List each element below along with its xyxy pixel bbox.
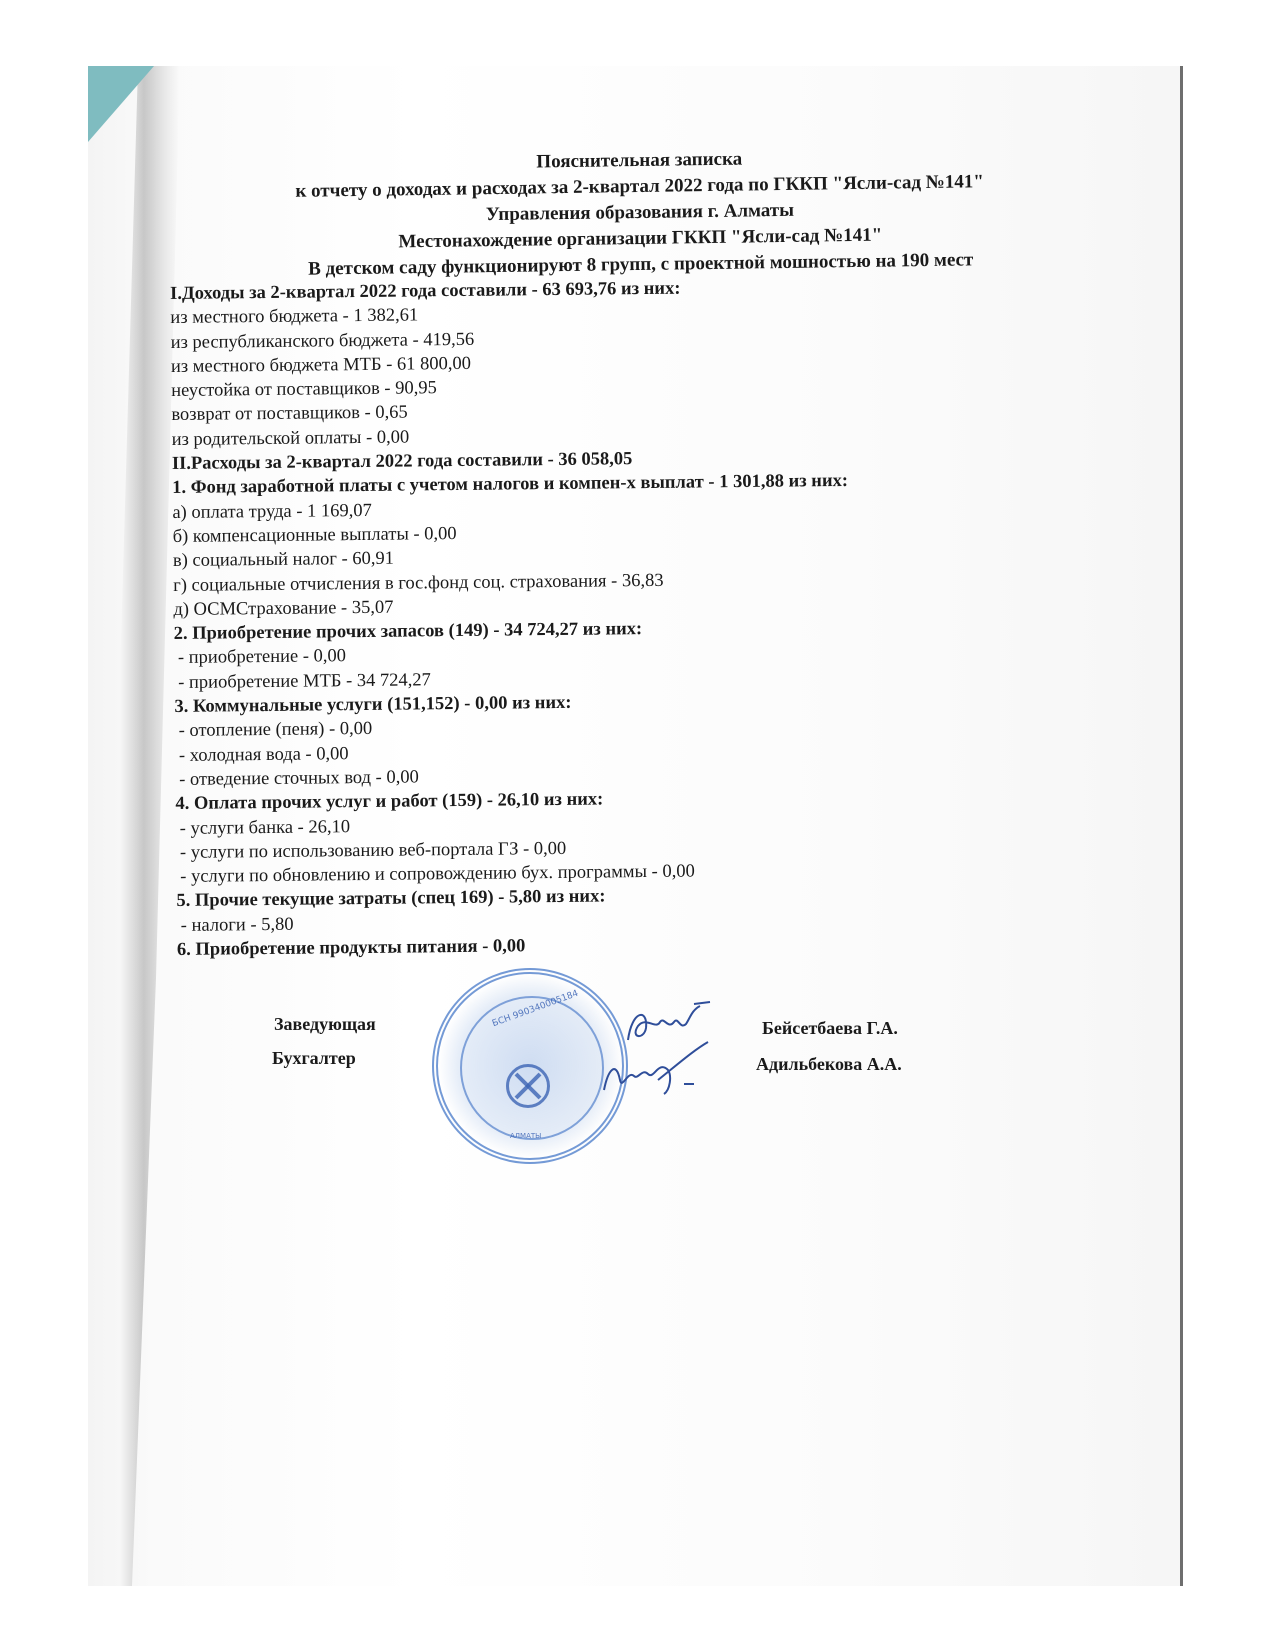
document-body: I.Доходы за 2-квартал 2022 года составил… (170, 273, 997, 962)
stamp-city-text: АЛМАТЫ (510, 1132, 541, 1140)
signature-role: Бухгалтер (272, 1048, 356, 1069)
document-header: Пояснительная записка к отчету о доходах… (229, 142, 1051, 283)
signature-name: Бейсетбаева Г.А. (762, 1018, 898, 1039)
signatures-block: Заведующая Бейсетбаева Г.А. Бухгалтер Ад… (270, 1010, 970, 1070)
state-emblem-icon (506, 1064, 550, 1108)
signature-name: Адильбекова А.А. (756, 1054, 902, 1075)
signature-role: Заведующая (274, 1014, 376, 1035)
